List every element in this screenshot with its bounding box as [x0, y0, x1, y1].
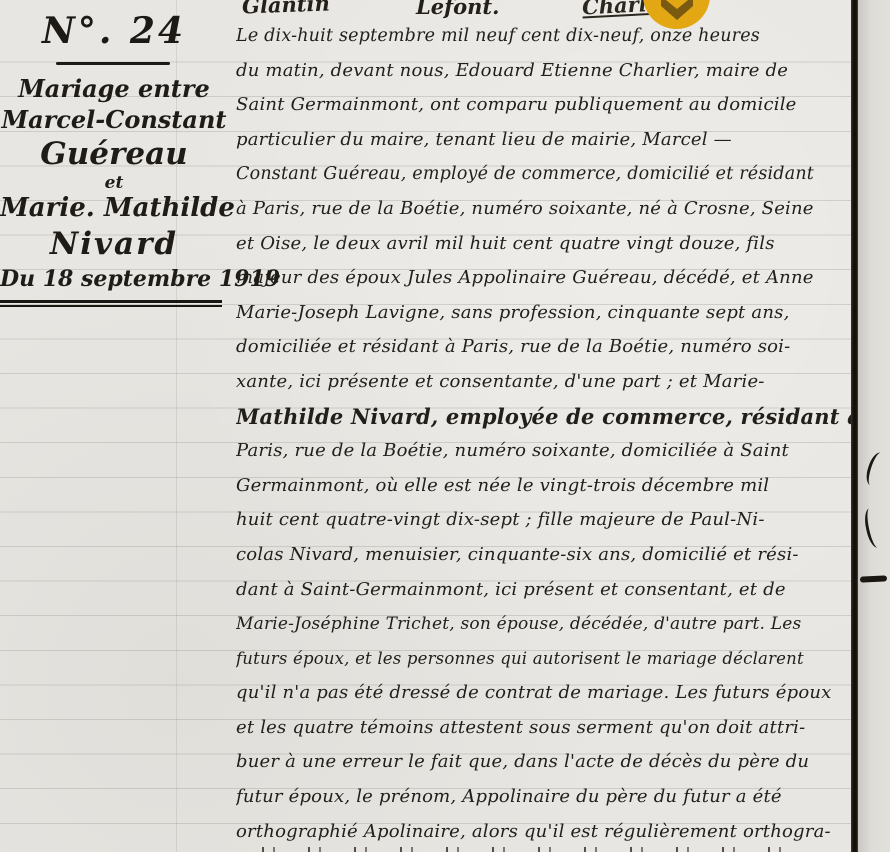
act-text-line: orthographié Apolinaire, alors qu'il est…: [236, 815, 854, 850]
act-text-line: Mathilde Nivard, employée de commerce, r…: [236, 400, 854, 435]
act-text-line: et les quatre témoins attestent sous ser…: [236, 711, 854, 746]
adjacent-page-strip: [858, 0, 890, 852]
margin-annotation-line: Guéreau: [0, 135, 228, 175]
margin-annotation-line: et: [0, 175, 228, 192]
margin-double-rule: [0, 300, 222, 307]
margin-annotation-line: Du 18 septembre 1919: [0, 265, 228, 293]
signature-previous-act-1: Glantin: [242, 0, 331, 19]
act-text-line: huit cent quatre-vingt dix-sept ; fille …: [236, 503, 854, 538]
act-text-line: futur époux, le prénom, Appolinaire du p…: [236, 780, 854, 815]
act-text-line: futurs époux, et les personnes qui autor…: [236, 642, 854, 677]
act-text-line: Le dix-huit septembre mil neuf cent dix-…: [236, 19, 854, 54]
act-text-line: du matin, devant nous, Edouard Etienne C…: [236, 54, 854, 89]
margin-annotation-line: Nivard: [0, 225, 228, 265]
act-text-line: Saint Germainmont, ont comparu publiquem…: [236, 88, 854, 123]
act-text-line: Constant Guéreau, employé de commerce, d…: [236, 157, 854, 192]
adjacent-page-ink-sliver: [862, 507, 885, 549]
act-text-line: xante, ici présente et consentante, d'un…: [236, 365, 854, 400]
act-text-line: qu'il n'a pas été dressé de contrat de m…: [236, 676, 854, 711]
margin-annotation-line: Mariage entre: [0, 74, 228, 105]
act-text-line: buer à une erreur le fait que, dans l'ac…: [236, 745, 854, 780]
margin-annotation-line: Marie. Mathilde: [0, 192, 228, 225]
act-text-line: colas Nivard, menuisier, cinquante-six a…: [236, 538, 854, 573]
previous-act-signatures: Glantin Lefont. Charlier: [234, 0, 854, 20]
adjacent-page-ink-dash: [860, 575, 887, 582]
act-text-line: Marie-Joseph Lavigne, sans profession, c…: [236, 296, 854, 331]
act-text-line: Germainmont, où elle est née le vingt-tr…: [236, 469, 854, 504]
act-number-underline: [56, 62, 170, 65]
margin-annotation-line: Marcel-Constant: [0, 105, 228, 136]
act-text-line: à Paris, rue de la Boétie, numéro soixan…: [236, 192, 854, 227]
act-text: Le dix-huit septembre mil neuf cent dix-…: [236, 19, 854, 849]
margin-annotation: Mariage entre Marcel-Constant Guéreau et…: [0, 74, 228, 293]
page-binding-edge: [851, 0, 858, 852]
act-text-line: dant à Saint-Germainmont, ici présent et…: [236, 573, 854, 608]
act-text-line: et Oise, le deux avril mil huit cent qua…: [236, 227, 854, 262]
act-text-line: Marie-Joséphine Trichet, son épouse, déc…: [236, 607, 854, 642]
act-text-line: particulier du maire, tenant lieu de mai…: [236, 123, 854, 158]
act-text-line: Paris, rue de la Boétie, numéro soixante…: [236, 434, 854, 469]
margin-column: N°. 24 Mariage entre Marcel-Constant Gué…: [0, 0, 228, 852]
act-text-line: domiciliée et résidant à Paris, rue de l…: [236, 330, 854, 365]
register-page-scan: N°. 24 Mariage entre Marcel-Constant Gué…: [0, 0, 890, 852]
adjacent-page-ink-sliver: [863, 451, 888, 488]
chevron-down-icon: [657, 0, 697, 22]
act-body-column: Glantin Lefont. Charlier Le dix-huit sep…: [234, 0, 854, 852]
act-number: N°. 24: [0, 10, 228, 52]
signature-previous-act-2: Lefont.: [416, 0, 499, 19]
act-text-line: majeur des époux Jules Appolinaire Guére…: [236, 261, 854, 296]
clipped-next-line-strokes: [246, 847, 806, 852]
